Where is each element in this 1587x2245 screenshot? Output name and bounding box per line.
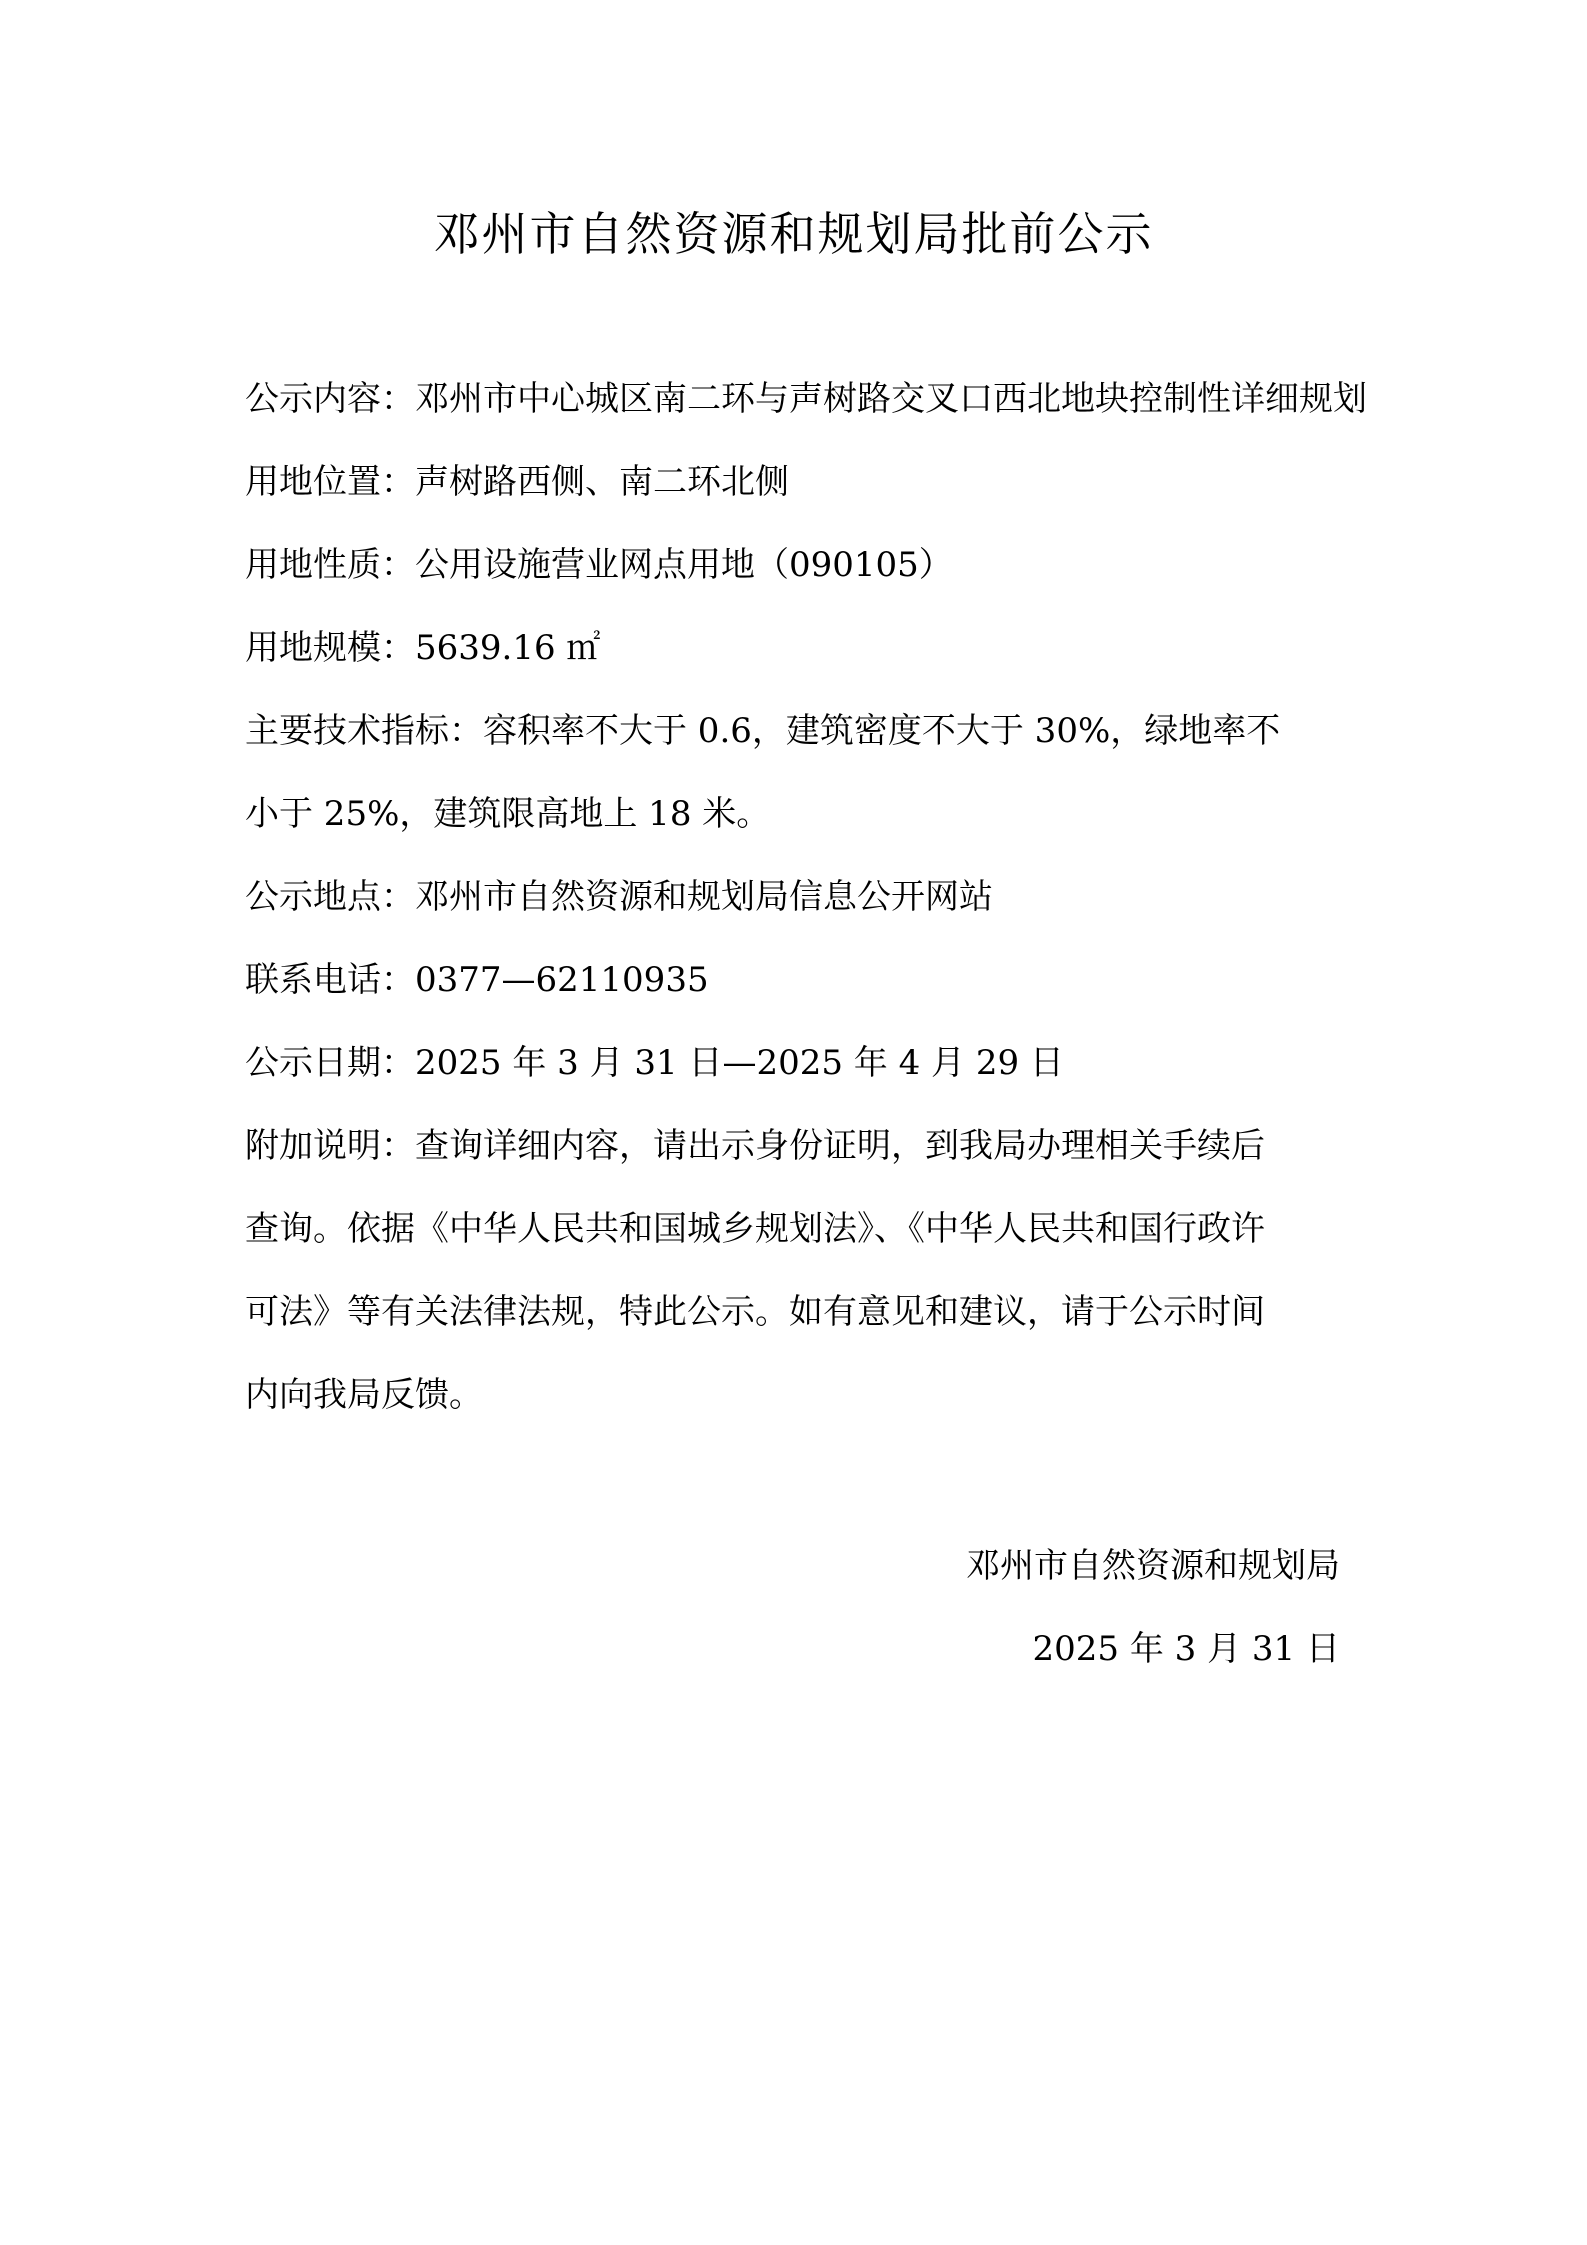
field-value: 5639.16 ㎡: [415, 628, 600, 668]
field-value: 查询详细内容，请出示身份证明，到我局办理相关手续后: [415, 1126, 1265, 1166]
field-notice-content: 公示内容：邓州市中心城区南二环与声树路交叉口西北地块控制性详细规划: [245, 358, 1345, 441]
field-additional-notes-continued-2: 可法》等有关法律法规，特此公示。如有意见和建议，请于公示时间: [245, 1271, 1345, 1354]
field-additional-notes: 附加说明：查询详细内容，请出示身份证明，到我局办理相关手续后: [245, 1105, 1345, 1188]
field-value-continued: 内向我局反馈。: [245, 1375, 483, 1415]
field-technical-indicators: 主要技术指标：容积率不大于 0.6，建筑密度不大于 30%，绿地率不: [245, 690, 1345, 773]
field-technical-indicators-continued: 小于 25%，建筑限高地上 18 米。: [245, 773, 1345, 856]
field-value-continued: 小于 25%，建筑限高地上 18 米。: [245, 794, 770, 834]
document-title: 邓州市自然资源和规划局批前公示: [0, 204, 1587, 264]
field-label: 主要技术指标：: [245, 711, 483, 751]
field-land-use-type: 用地性质：公用设施营业网点用地（090105）: [245, 524, 1345, 607]
field-value: 0377—62110935: [415, 960, 709, 1000]
field-value: 2025 年 3 月 31 日—2025 年 4 月 29 日: [415, 1043, 1064, 1083]
field-land-location: 用地位置：声树路西侧、南二环北侧: [245, 441, 1345, 524]
field-notice-location: 公示地点：邓州市自然资源和规划局信息公开网站: [245, 856, 1345, 939]
field-label: 联系电话：: [245, 960, 415, 1000]
field-value: 邓州市中心城区南二环与声树路交叉口西北地块控制性详细规划: [415, 379, 1367, 419]
issue-date: 2025 年 3 月 31 日: [966, 1608, 1340, 1691]
field-value-continued: 查询。依据《中华人民共和国城乡规划法》、《中华人民共和国行政许: [245, 1209, 1265, 1249]
field-label: 附加说明：: [245, 1126, 415, 1166]
field-notice-period: 公示日期：2025 年 3 月 31 日—2025 年 4 月 29 日: [245, 1022, 1345, 1105]
field-value: 声树路西侧、南二环北侧: [415, 462, 789, 502]
field-value-continued: 可法》等有关法律法规，特此公示。如有意见和建议，请于公示时间: [245, 1292, 1265, 1332]
field-value: 公用设施营业网点用地（090105）: [415, 545, 953, 585]
field-label: 用地位置：: [245, 462, 415, 502]
notice-body: 公示内容：邓州市中心城区南二环与声树路交叉口西北地块控制性详细规划 用地位置：声…: [245, 358, 1345, 1437]
field-label: 用地规模：: [245, 628, 415, 668]
field-label: 公示日期：: [245, 1043, 415, 1083]
field-land-area: 用地规模：5639.16 ㎡: [245, 607, 1345, 690]
field-additional-notes-continued-3: 内向我局反馈。: [245, 1354, 1345, 1437]
field-value: 容积率不大于 0.6，建筑密度不大于 30%，绿地率不: [483, 711, 1280, 751]
signature-block: 邓州市自然资源和规划局 2025 年 3 月 31 日: [966, 1525, 1340, 1691]
issuer-name: 邓州市自然资源和规划局: [966, 1525, 1340, 1608]
field-additional-notes-continued-1: 查询。依据《中华人民共和国城乡规划法》、《中华人民共和国行政许: [245, 1188, 1345, 1271]
field-label: 公示内容：: [245, 379, 415, 419]
document-page: 邓州市自然资源和规划局批前公示 公示内容：邓州市中心城区南二环与声树路交叉口西北…: [0, 0, 1587, 2245]
field-label: 用地性质：: [245, 545, 415, 585]
field-contact-phone: 联系电话：0377—62110935: [245, 939, 1345, 1022]
field-label: 公示地点：: [245, 877, 415, 917]
field-value: 邓州市自然资源和规划局信息公开网站: [415, 877, 993, 917]
